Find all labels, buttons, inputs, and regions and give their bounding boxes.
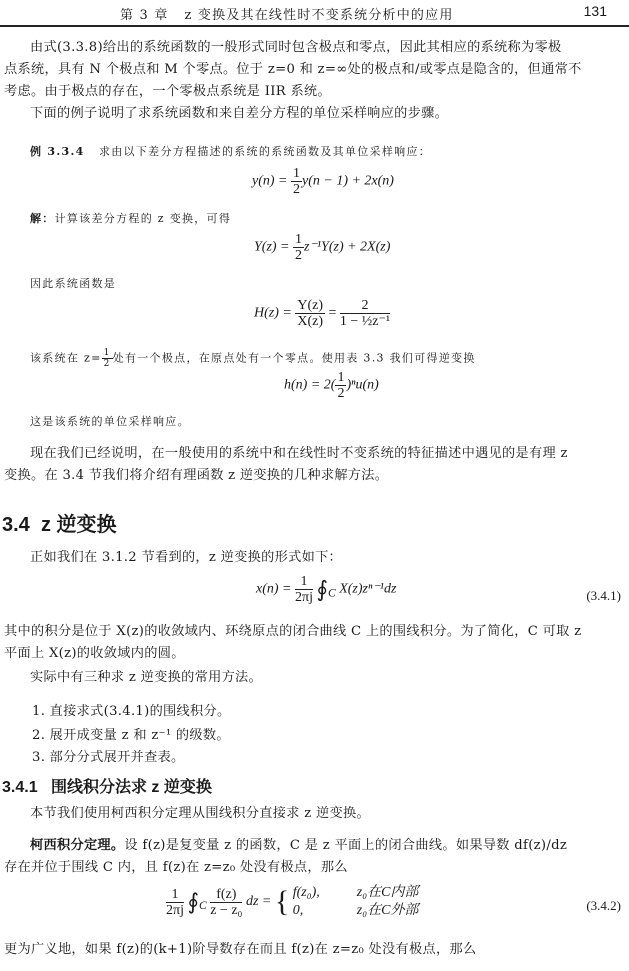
- pole-zero-text: 该系统在 z=12处有一个极点，在原点处有一个零点。使用表 3.3 我们可得逆变…: [30, 348, 476, 369]
- header-rule: [0, 25, 629, 27]
- theorem-line-1: 柯西积分定理。设 f(z)是复变量 z 的函数，C 是 z 平面上的闭合曲线。如…: [30, 836, 567, 857]
- equation-system-function: H(z) = Y(z)X(z) = 21 − ½z⁻¹: [254, 298, 390, 329]
- section-3-4-1-intro: 本节我们使用柯西积分定理从围线积分直接求 z 逆变换。: [30, 804, 370, 825]
- paragraph-3-line-1: 现在我们已经说明，在一般使用的系统中和在线性时不变系统的特征描述中遇见的是有理 …: [30, 444, 568, 465]
- section-heading-3-4: 3.4 z 逆变换: [2, 508, 117, 537]
- chapter-title: 第 3 章 z 变换及其在线性时不变系统分析中的应用: [120, 4, 454, 23]
- running-header: 第 3 章 z 变换及其在线性时不变系统分析中的应用 131: [0, 2, 629, 24]
- section-3-4-intro: 正如我们在 3.1.2 节看到的，z 逆变换的形式如下：: [30, 548, 342, 569]
- equation-z-transform: Y(z) = 12z⁻¹Y(z) + 2X(z): [254, 232, 390, 263]
- paragraph-3-line-2: 变换。在 3.4 节我们将介绍有理函数 z 逆变换的几种求解方法。: [4, 466, 388, 487]
- section-3-4-after-line-2: 平面上 X(z)的收敛域内的圆。: [4, 644, 185, 665]
- equation-number-3-4-2: (3.4.2): [586, 898, 621, 914]
- section-heading-3-4-1: 3.4.1 围线积分法求 z 逆变换: [2, 774, 212, 797]
- page-number: 131: [584, 3, 607, 19]
- conclusion-line: 这是该系统的单位采样响应。: [30, 414, 190, 430]
- section-3-4-after-line-1: 其中的积分是位于 X(z)的收敛域内、环绕原点的闭合曲线 C 上的围线积分。为了…: [4, 622, 581, 643]
- example-label: 例 3.3.4: [30, 145, 85, 158]
- theorem-line-2: 存在并位于围线 C 内，且 f(z)在 z=z₀ 处没有极点，那么: [4, 858, 348, 879]
- equation-cauchy: 12πj ∮C f(z)z − z₀ dz = { f(z₀),z₀在C内部 0…: [166, 884, 418, 920]
- paragraph-1-line-3: 考虑。由于极点的存在，一个零极点系统是 IIR 系统。: [4, 82, 331, 103]
- method-item-2: 2. 展开成变量 z 和 z⁻¹ 的级数。: [32, 726, 230, 747]
- method-item-3: 3. 部分分式展开并查表。: [32, 748, 185, 769]
- paragraph-2: 下面的例子说明了求系统函数和来自差分方程的单位采样响应的步骤。: [30, 104, 448, 125]
- example-statement: 例 3.3.4 求由以下差分方程描述的系统的系统函数及其单位采样响应：: [30, 144, 431, 160]
- therefore-line: 因此系统函数是: [30, 276, 116, 292]
- paragraph-1-line-1: 由式(3.3.8)给出的系统函数的一般形式同时包含极点和零点，因此其相应的系统称…: [30, 38, 562, 59]
- equation-impulse-response: h(n) = 2(12)ⁿu(n): [284, 370, 379, 401]
- paragraph-1-line-2: 点系统，具有 N 个极点和 M 个零点。位于 z=0 和 z=∞处的极点和/或零…: [4, 60, 582, 81]
- methods-intro: 实际中有三种求 z 逆变换的常用方法。: [30, 668, 262, 689]
- final-line: 更为广义地，如果 f(z)的(k+1)阶导数存在而且 f(z)在 z=z₀ 处没…: [4, 940, 476, 961]
- solution-line: 解：计算该差分方程的 z 变换，可得: [30, 211, 231, 227]
- equation-inverse-z: x(n) = 12πj ∮C X(z)zⁿ⁻¹dz: [256, 574, 396, 605]
- equation-number-3-4-1: (3.4.1): [586, 588, 621, 604]
- method-item-1: 1. 直接求式(3.4.1)的围线积分。: [32, 702, 231, 723]
- equation-difference: y(n) = 12y(n − 1) + 2x(n): [252, 166, 394, 197]
